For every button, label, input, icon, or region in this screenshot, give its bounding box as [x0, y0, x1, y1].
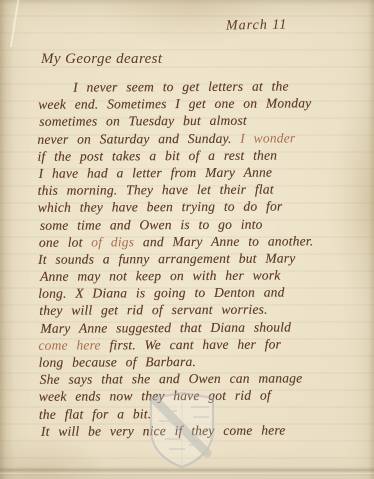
letter-text-segment: I wonder [240, 130, 295, 145]
letter-line: long. X Diana is going to Denton and [38, 283, 364, 302]
letter-line: Anne may not keep on with her work [40, 266, 364, 285]
letter-line: She says that she and Owen can manage [40, 369, 365, 388]
letter-text-segment: sometimes on Tuesday but almost [39, 113, 247, 129]
letter-text-segment: and Mary Anne to another. [134, 233, 313, 249]
letter-text-segment: which they have been trying to do for [38, 199, 283, 215]
letter-text-segment: She says that she and Owen can manage [40, 371, 303, 387]
letter-text-segment: It sounds a funny arrangement but Mary [38, 250, 295, 266]
letter-text-segment: Mary Anne suggested that Diana should [40, 319, 291, 335]
paper-crease [0, 0, 20, 47]
letter-line: I never seem to get letters at the [73, 77, 363, 96]
letter-text-segment: first. We cant have her for [101, 336, 281, 352]
letter-line: one lot of digs and Mary Anne to another… [39, 232, 364, 251]
letter-line: come here first. We cant have her for [38, 335, 364, 354]
letter-text-segment: the flat for a bit. [39, 406, 152, 422]
letter-line: this morning. They have let their flat [38, 180, 364, 199]
letter-line: never on Saturday and Sunday. I wonder [37, 129, 363, 148]
letter-text-segment: some time and Owen is to go into [40, 216, 263, 232]
letter-text-segment: come here [38, 337, 100, 352]
fold-shadow [0, 467, 374, 474]
letter-line: week end. Sometimes I get one on Monday [38, 94, 363, 113]
letter-text-segment: long. X Diana is going to Denton and [38, 285, 284, 301]
letter-line: It sounds a funny arrangement but Mary [38, 249, 364, 268]
letter-line: if the post takes a bit of a rest then [37, 146, 363, 165]
letter-text-segment: week ends now they have got rid of [39, 388, 271, 404]
letter-text-segment: I never seem to get letters at the [73, 78, 289, 94]
letter-line: week ends now they have got rid of [39, 386, 365, 405]
letter-line: they will get rid of servant worries. [39, 300, 364, 319]
letter-text-segment: It will be very nice if they come here [41, 422, 286, 438]
letter-text-segment: I have had a letter from Mary Anne [39, 164, 273, 180]
letter-text-segment: they will get rid of servant worries. [39, 302, 267, 318]
letter-text-segment: this morning. They have let their flat [38, 182, 274, 198]
letter-text-segment: long because of Barbara. [39, 354, 197, 370]
letter-line: the flat for a bit. [39, 404, 365, 423]
letter-body: I never seem to get letters at theweek e… [0, 77, 365, 440]
letter-text-segment: if the post takes a bit of a rest then [37, 147, 277, 163]
letter-text-segment: one lot [39, 234, 91, 249]
letter-page: March 11 My George dearest I never seem … [0, 0, 374, 479]
letter-line: which they have been trying to do for [38, 197, 364, 216]
letter-text-segment: never on Saturday and Sunday. [37, 130, 240, 146]
letter-text-segment: of digs [91, 234, 134, 249]
letter-line: some time and Owen is to go into [40, 215, 364, 234]
letter-date: March 11 [226, 17, 288, 34]
letter-line: I have had a letter from Mary Anne [39, 163, 364, 182]
letter-text-segment: week end. Sometimes I get one on Monday [38, 96, 311, 112]
letter-line: It will be very nice if they come here [41, 421, 365, 440]
letter-line: long because of Barbara. [38, 352, 364, 371]
letter-line: sometimes on Tuesday but almost [39, 111, 363, 130]
letter-line: Mary Anne suggested that Diana should [40, 318, 364, 337]
letter-salutation: My George dearest [41, 51, 162, 68]
letter-text-segment: Anne may not keep on with her work [40, 268, 280, 284]
